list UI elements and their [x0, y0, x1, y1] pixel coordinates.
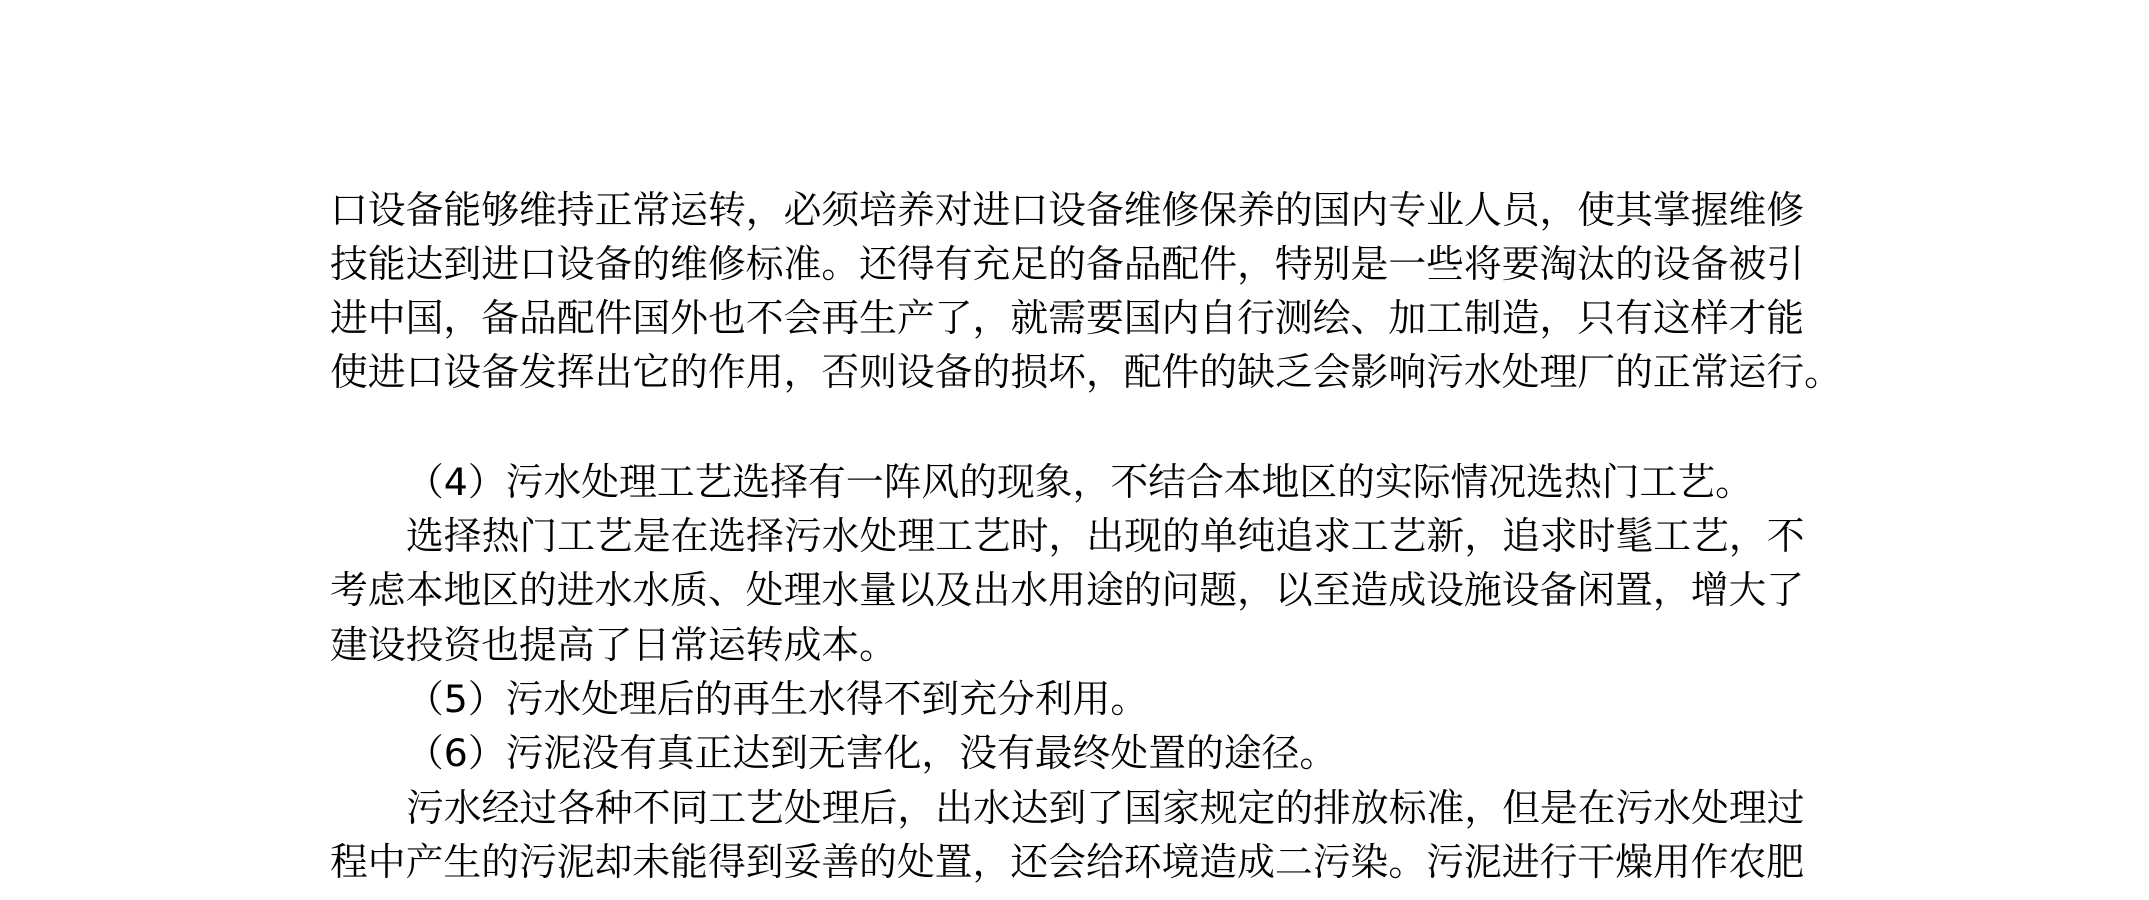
paragraph-line: 考虑本地区的进水水质、处理水量以及出水用途的问题，以至造成设施设备闲置，增大了 [330, 570, 1804, 610]
item-6-heading: （6）污泥没有真正达到无害化，没有最终处置的途径。 [406, 733, 1337, 773]
document-page: 口设备能够维持正常运转，必须培养对进口设备维修保养的国内专业人员，使其掌握维修 … [0, 0, 2149, 900]
paragraph-line: 程中产生的污泥却未能得到妥善的处置，还会给环境造成二污染。污泥进行干燥用作农肥 [330, 842, 1804, 882]
paragraph-line: 技能达到进口设备的维修标准。还得有充足的备品配件，特别是一些将要淘汰的设备被引 [330, 244, 1804, 284]
paragraph-line: 污水经过各种不同工艺处理后，出水达到了国家规定的排放标准，但是在污水处理过 [406, 788, 1805, 828]
paragraph-line: 选择热门工艺是在选择污水处理工艺时，出现的单纯追求工艺新，追求时髦工艺，不 [406, 516, 1805, 556]
paragraph-line: 使进口设备发挥出它的作用，否则设备的损坏，配件的缺乏会影响污水处理厂的正常运行。 [330, 352, 1842, 392]
item-5-heading: （5）污水处理后的再生水得不到充分利用。 [406, 679, 1148, 719]
paragraph-line: 口设备能够维持正常运转，必须培养对进口设备维修保养的国内专业人员，使其掌握维修 [330, 190, 1804, 230]
paragraph-line: 进中国，备品配件国外也不会再生产了，就需要国内自行测绘、加工制造，只有这样才能 [330, 298, 1804, 338]
item-4-heading: （4）污水处理工艺选择有一阵风的现象，不结合本地区的实际情况选热门工艺。 [406, 462, 1753, 502]
paragraph-line: 建设投资也提高了日常运转成本。 [330, 625, 897, 665]
